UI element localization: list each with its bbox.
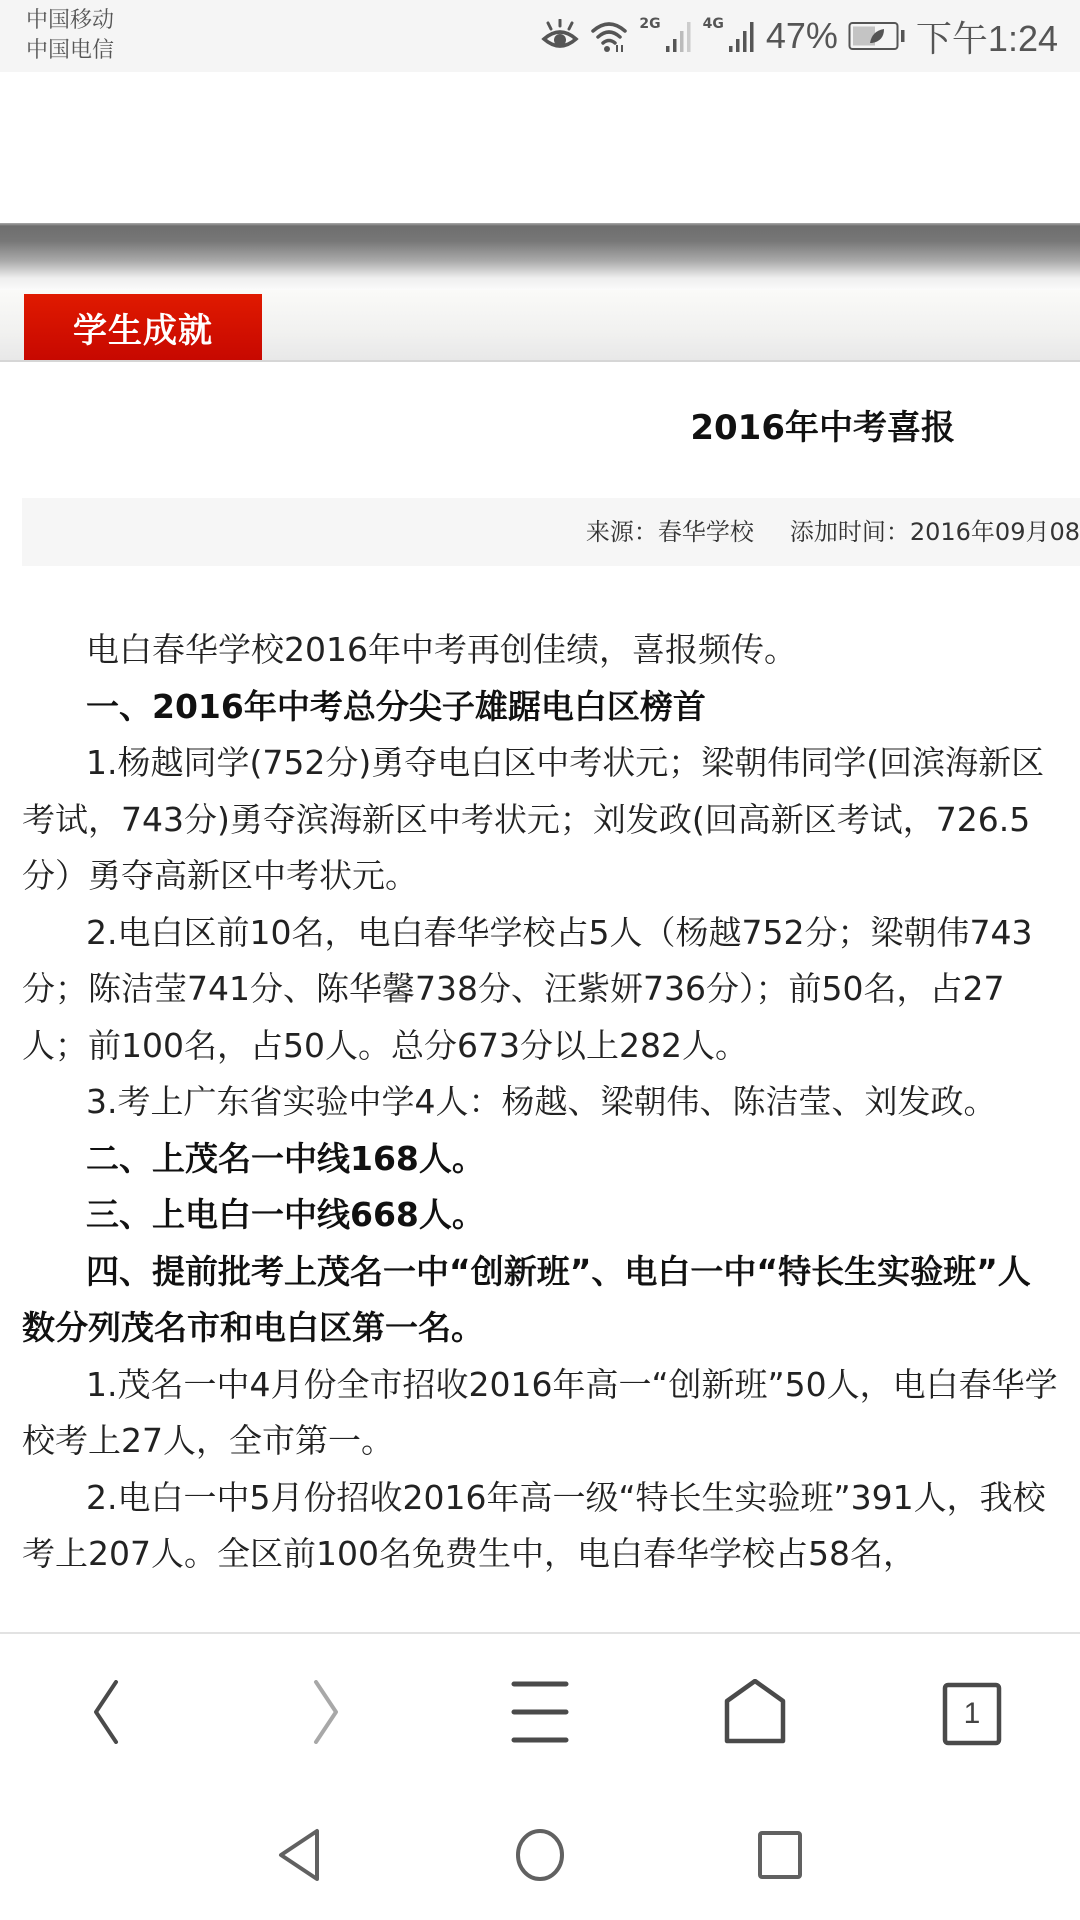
heading-section-4: 四、提前批考上茂名一中“创新班”、电白一中“特长生实验班”人数分列茂名市和电白区… [22,1244,1062,1357]
tab-count: 1 [942,1682,1002,1746]
carrier-2: 中国电信 [26,36,114,66]
section-tab-bar: 学生成就 [0,290,1080,362]
signal-2g-icon [665,19,693,53]
article-source: 来源：春华学校 [586,518,754,546]
triangle-back-icon [277,1828,323,1886]
status-bar: 中国移动 中国电信 2G 4G 47% 下午1:24 [0,0,1080,72]
circle-home-icon [514,1828,566,1886]
home-icon [723,1679,787,1749]
carrier-1: 中国移动 [26,6,114,36]
paragraph-intro: 电白春华学校2016年中考再创佳绩，喜报频传。 [22,622,1062,679]
heading-section-1: 一、2016年中考总分尖子雄踞电白区榜首 [22,679,1062,736]
battery-icon [848,21,906,51]
article-title: 2016年中考喜报 [0,400,1080,456]
browser-menu-button[interactable] [500,1674,580,1754]
browser-forward-button[interactable] [286,1674,366,1754]
paragraph-4-1: 1.茂名一中4月份全市招收2016年高一“创新班”50人，电白春华学校考上27人… [22,1357,1062,1470]
header-divider-band [0,223,1080,290]
article-date: 添加时间：2016年09月08 [790,518,1080,546]
paragraph-1-2: 2.电白区前10名，电白春华学校占5人（杨越752分；梁朝伟743分；陈洁莹74… [22,905,1062,1075]
chevron-left-icon [86,1680,126,1748]
site-header-banner [0,72,1080,223]
paragraph-1-1: 1.杨越同学(752分)勇夺电白区中考状元；梁朝伟同学(回滨海新区考试，743分… [22,735,1062,905]
system-recents-button[interactable] [745,1822,815,1892]
status-icons: 2G 4G 47% 下午1:24 [541,0,1058,72]
system-back-button[interactable] [265,1822,335,1892]
wifi-icon [589,19,629,53]
browser-home-button[interactable] [715,1674,795,1754]
browser-toolbar: 1 [0,1632,1080,1792]
network-4g-label: 4G [703,16,724,32]
article-meta: 来源：春华学校添加时间：2016年09月08 [22,498,1080,566]
chevron-right-icon [306,1680,346,1748]
network-2g-label: 2G [639,16,660,32]
signal-4g-icon [728,19,756,53]
hamburger-menu-icon [510,1680,570,1748]
heading-section-3: 三、上电白一中线668人。 [22,1187,1062,1244]
article-body: 电白春华学校2016年中考再创佳绩，喜报频传。 一、2016年中考总分尖子雄踞电… [22,622,1062,1583]
tabs-icon: 1 [942,1682,1002,1746]
section-tab-student-achievements[interactable]: 学生成就 [24,294,262,360]
battery-percent: 47% [766,15,838,57]
heading-section-2: 二、上茂名一中线168人。 [22,1131,1062,1188]
eye-comfort-icon [541,19,579,53]
browser-tabs-button[interactable]: 1 [932,1674,1012,1754]
square-recents-icon [757,1830,803,1884]
paragraph-1-3: 3.考上广东省实验中学4人：杨越、梁朝伟、陈洁莹、刘发政。 [22,1074,1062,1131]
carrier-labels: 中国移动 中国电信 [26,6,114,66]
system-home-button[interactable] [505,1822,575,1892]
paragraph-4-2: 2.电白一中5月份招收2016年高一级“特长生实验班”391人，我校考上207人… [22,1470,1062,1583]
system-nav-bar [0,1792,1080,1920]
clock: 下午1:24 [916,11,1058,62]
browser-back-button[interactable] [66,1674,146,1754]
